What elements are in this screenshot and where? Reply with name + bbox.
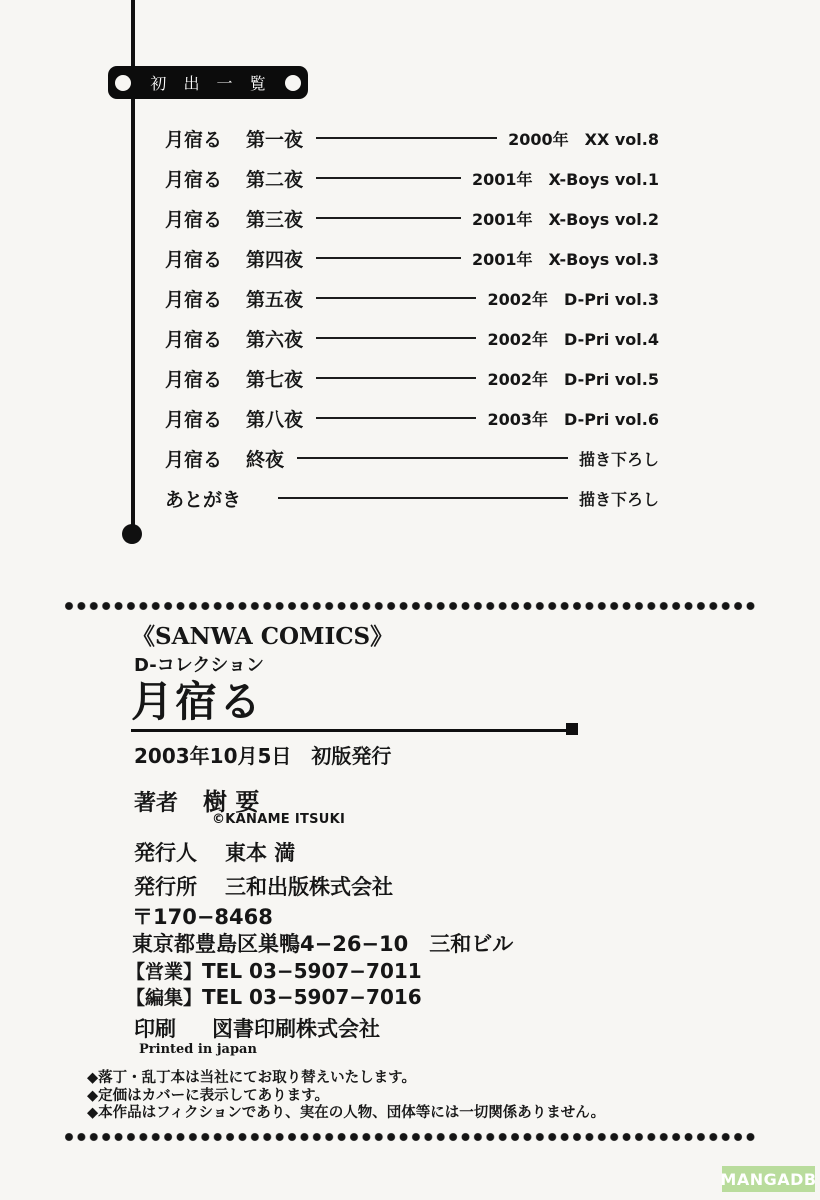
work-title: 月宿る xyxy=(165,125,222,152)
printed-in-notice: Printed in japan xyxy=(139,1042,257,1057)
publisher-address: 東京都豊島区巣鴨4−26−10 三和ビル xyxy=(132,928,513,958)
work-title: 月宿る xyxy=(165,325,222,352)
list-item: 月宿る第五夜2002年 D-Pri vol.3 xyxy=(165,278,659,318)
publication-source: 描き下ろし xyxy=(579,487,659,510)
publisher-company-name: 三和出版株式会社 xyxy=(225,871,393,901)
chapter-title: 第四夜 xyxy=(246,245,303,272)
note-line: ◆本作品はフィクションであり、実在の人物、団体等には一切関係ありません。 xyxy=(87,1105,605,1123)
publication-source: 2001年 X-Boys vol.1 xyxy=(472,167,659,190)
publisher-company-line: 発行所 三和出版株式会社 xyxy=(134,871,393,901)
leader-line xyxy=(316,337,476,339)
list-item: 月宿る第三夜2001年 X-Boys vol.2 xyxy=(165,198,659,238)
publication-source: 2000年 XX vol.8 xyxy=(508,127,659,150)
work-title: 月宿る xyxy=(165,365,222,392)
work-title: 月宿る xyxy=(165,445,222,472)
dotted-divider-bottom xyxy=(64,1132,758,1142)
chapter-title: 第二夜 xyxy=(246,165,303,192)
note-line: ◆定価はカバーに表示してあります。 xyxy=(87,1088,605,1106)
work-title: 月宿る xyxy=(165,165,222,192)
work-title: 月宿る xyxy=(165,245,222,272)
list-item: 月宿る第二夜2001年 X-Boys vol.1 xyxy=(165,158,659,198)
work-title: あとがき xyxy=(165,485,241,512)
publisher-person-name: 東本 満 xyxy=(225,837,295,867)
tel-edit-line: 【編集】 TEL 03−5907−7016 xyxy=(126,983,422,1010)
tel-sales-number: TEL 03−5907−7011 xyxy=(202,959,422,983)
chapter-title: 第三夜 xyxy=(246,205,303,232)
watermark-label: MANGADB xyxy=(720,1170,816,1189)
copyright-notice: ©KANAME ITSUKI xyxy=(212,812,345,827)
tel-sales-label: 【営業】 xyxy=(126,957,202,984)
publication-source: 2003年 D-Pri vol.6 xyxy=(487,407,659,430)
work-title: 月宿る xyxy=(165,205,222,232)
header-right-circle-icon xyxy=(285,75,301,91)
mangadb-watermark: MANGADB xyxy=(722,1166,815,1192)
index-line-end-dot xyxy=(122,524,142,544)
chapter-title: 第六夜 xyxy=(246,325,303,352)
leader-line xyxy=(316,377,476,379)
tel-edit-number: TEL 03−5907−7016 xyxy=(202,985,422,1009)
chapter-title: 第五夜 xyxy=(246,285,303,312)
publication-source: 2001年 X-Boys vol.2 xyxy=(472,207,659,230)
list-item: 月宿る終夜描き下ろし xyxy=(165,438,659,478)
chapter-title: 終夜 xyxy=(246,445,284,472)
publication-source: 2002年 D-Pri vol.4 xyxy=(487,327,659,350)
author-label: 著者 xyxy=(134,786,178,817)
publication-source: 描き下ろし xyxy=(579,447,659,470)
leader-line xyxy=(316,137,497,139)
publisher-person-line: 発行人 東本 満 xyxy=(134,837,295,867)
header-left-circle-icon xyxy=(115,75,131,91)
chapter-title: 第一夜 xyxy=(246,125,303,152)
publication-source: 2002年 D-Pri vol.5 xyxy=(487,367,659,390)
work-title: 月宿る xyxy=(165,405,222,432)
note-line: ◆落丁・乱丁本は当社にてお取り替えいたします。 xyxy=(87,1070,605,1088)
colophon-page: 初 出 一 覧 月宿る第一夜2000年 XX vol.8 月宿る第二夜2001年… xyxy=(0,0,820,1200)
title-underline xyxy=(131,729,571,732)
header-title: 初 出 一 覧 xyxy=(144,71,271,94)
leader-line xyxy=(278,497,568,499)
dotted-divider-top xyxy=(64,601,758,611)
chapter-title: 第八夜 xyxy=(246,405,303,432)
publisher-person-label: 発行人 xyxy=(134,837,197,867)
list-item: 月宿る第四夜2001年 X-Boys vol.3 xyxy=(165,238,659,278)
tel-sales-line: 【営業】 TEL 03−5907−7011 xyxy=(126,957,422,984)
list-item: あとがき描き下ろし xyxy=(165,478,659,518)
work-title: 月宿る xyxy=(165,285,222,312)
edition-date: 2003年10月5日 初版発行 xyxy=(134,740,391,769)
title-underline-end-square xyxy=(566,723,578,735)
book-title: 月宿る xyxy=(131,669,263,729)
printer-label: 印刷 xyxy=(134,1013,176,1043)
chapter-title: 第七夜 xyxy=(246,365,303,392)
leader-line xyxy=(297,457,568,459)
leader-line xyxy=(316,257,461,259)
postal-code: 〒170−8468 xyxy=(132,901,273,931)
leader-line xyxy=(316,217,461,219)
list-item: 月宿る第一夜2000年 XX vol.8 xyxy=(165,118,659,158)
printer-line: 印刷 図書印刷株式会社 xyxy=(134,1013,380,1043)
series-name: 《SANWA COMICS》 xyxy=(132,618,393,651)
footer-notes: ◆落丁・乱丁本は当社にてお取り替えいたします。 ◆定価はカバーに表示してあります… xyxy=(87,1070,605,1123)
list-item: 月宿る第七夜2002年 D-Pri vol.5 xyxy=(165,358,659,398)
publication-source: 2002年 D-Pri vol.3 xyxy=(487,287,659,310)
list-item: 月宿る第六夜2002年 D-Pri vol.4 xyxy=(165,318,659,358)
publication-source: 2001年 X-Boys vol.3 xyxy=(472,247,659,270)
publication-list: 月宿る第一夜2000年 XX vol.8 月宿る第二夜2001年 X-Boys … xyxy=(165,118,659,518)
publisher-company-label: 発行所 xyxy=(134,871,197,901)
leader-line xyxy=(316,297,476,299)
leader-line xyxy=(316,177,461,179)
printer-name: 図書印刷株式会社 xyxy=(212,1013,380,1043)
leader-line xyxy=(316,417,476,419)
tel-edit-label: 【編集】 xyxy=(126,983,202,1010)
first-publication-header: 初 出 一 覧 xyxy=(108,66,308,99)
list-item: 月宿る第八夜2003年 D-Pri vol.6 xyxy=(165,398,659,438)
